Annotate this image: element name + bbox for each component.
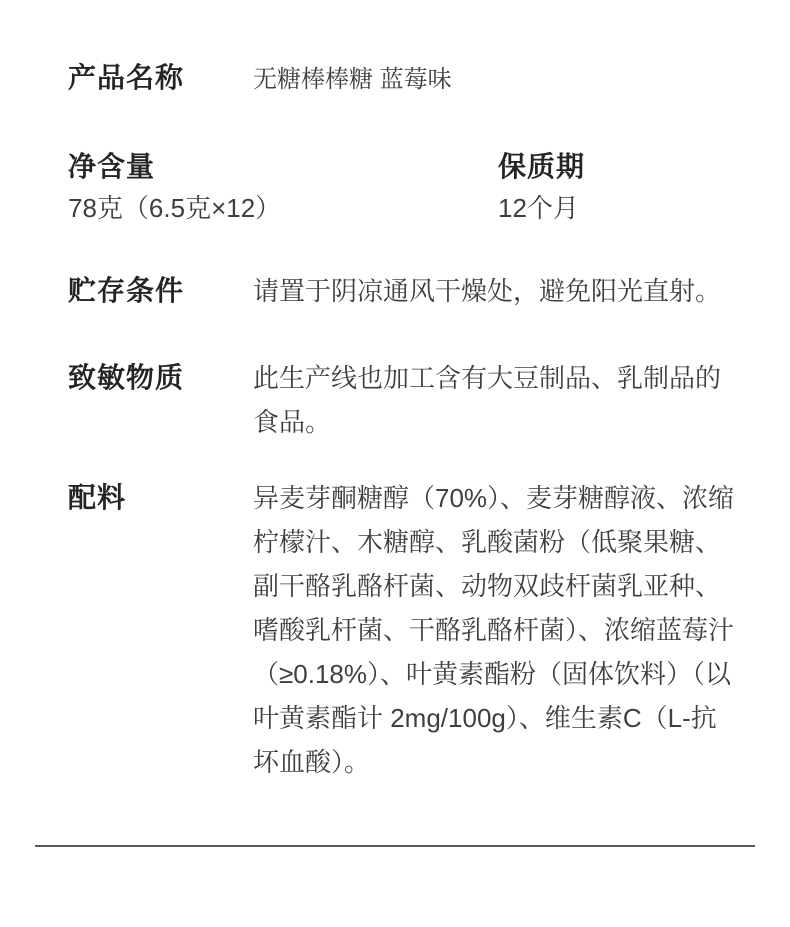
- net-content-value: 78克（6.5克×12）: [68, 190, 498, 226]
- net-content-label: 净含量: [68, 149, 498, 185]
- product-name-value: 无糖棒棒糖 蓝莓味: [253, 62, 739, 98]
- ingredients-value: 异麦芽酮糖醇（70%）、麦芽糖醇液、浓缩柠檬汁、木糖醇、乳酸菌粉（低聚果糖、副干…: [253, 476, 739, 784]
- storage-label: 贮存条件: [68, 269, 253, 313]
- product-name-row: 产品名称 无糖棒棒糖 蓝莓味: [68, 60, 755, 98]
- section-divider: [35, 845, 755, 847]
- shelf-life-group: 保质期 12个月: [498, 149, 585, 226]
- product-spec-content: 产品名称 无糖棒棒糖 蓝莓味 净含量 78克（6.5克×12） 保质期 12个月…: [0, 60, 790, 784]
- allergen-value: 此生产线也加工含有大豆制品、乳制品的食品。: [253, 356, 739, 444]
- ingredients-label: 配料: [68, 476, 253, 520]
- net-content-shelf-life-row: 净含量 78克（6.5克×12） 保质期 12个月: [68, 149, 755, 226]
- product-spec-panel: 产品名称 无糖棒棒糖 蓝莓味 净含量 78克（6.5克×12） 保质期 12个月…: [0, 0, 790, 927]
- ingredients-row: 配料 异麦芽酮糖醇（70%）、麦芽糖醇液、浓缩柠檬汁、木糖醇、乳酸菌粉（低聚果糖…: [68, 476, 755, 784]
- storage-row: 贮存条件 请置于阴凉通风干燥处，避免阳光直射。: [68, 269, 755, 313]
- net-content-group: 净含量 78克（6.5克×12）: [68, 149, 498, 226]
- allergen-label: 致敏物质: [68, 356, 253, 400]
- storage-value: 请置于阴凉通风干燥处，避免阳光直射。: [253, 269, 739, 313]
- shelf-life-value: 12个月: [498, 190, 585, 226]
- allergen-row: 致敏物质 此生产线也加工含有大豆制品、乳制品的食品。: [68, 356, 755, 444]
- product-name-label: 产品名称: [68, 60, 253, 96]
- shelf-life-label: 保质期: [498, 149, 585, 185]
